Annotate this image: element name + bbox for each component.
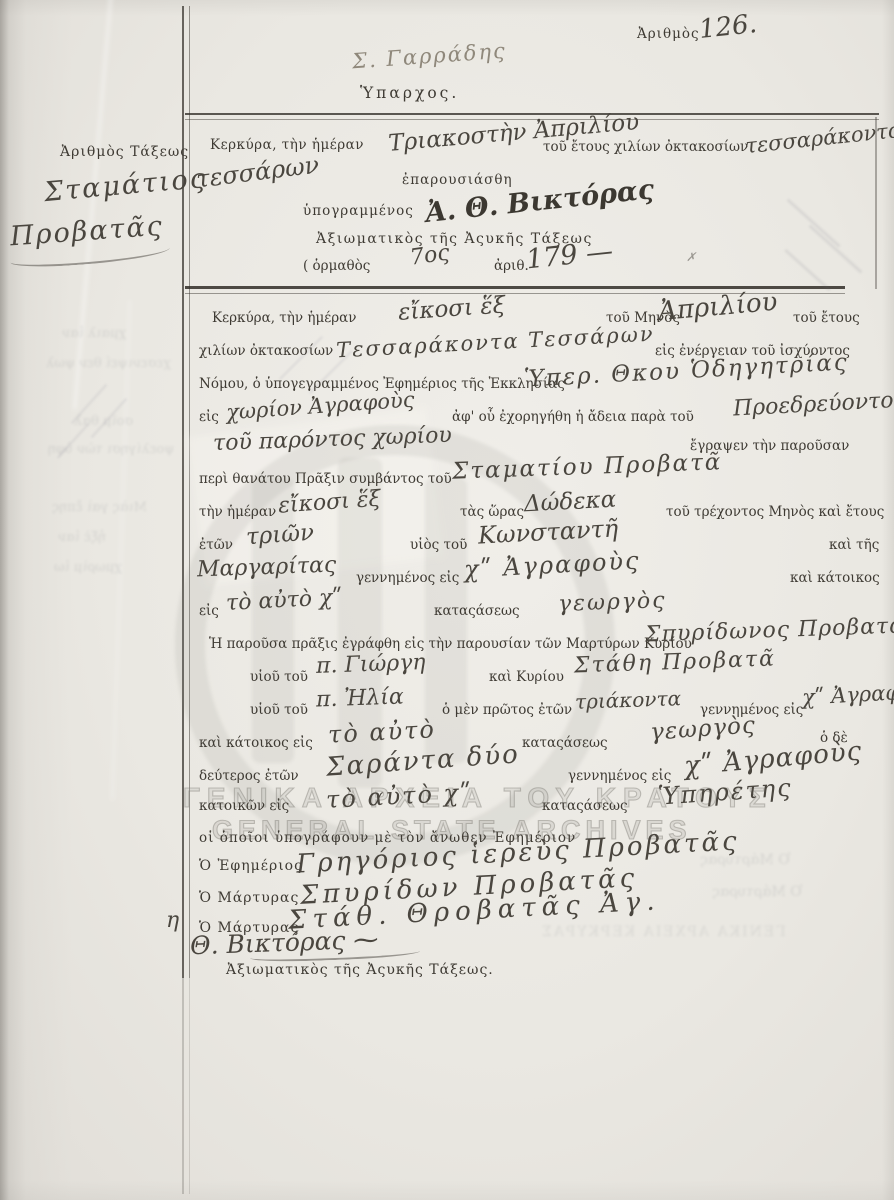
act-handwriting: Τεσσαράκοντα Τεσσάρων <box>336 322 655 363</box>
reg-batch-value: 7ος <box>408 240 451 270</box>
bleedthrough-text: Μιὰς γαὶ ἔπης <box>52 500 147 515</box>
act-line: καὶ τῆς <box>829 537 879 553</box>
reg-batch-label: ( ὁρμαθὸς <box>303 258 370 274</box>
bleedthrough-text: Ὁ Μάρτυρας <box>712 884 802 900</box>
officer-title-bottom: Ἀξιωματικὸς τῆς Ἀςυκῆς Τάξεως. <box>226 962 494 978</box>
act-handwriting: τριῶν <box>245 520 315 551</box>
act-line: καὶ Κυρίου <box>489 669 564 685</box>
bleedthrough-stroke <box>786 198 840 247</box>
act-handwriting: εἴκοσι ἕξ <box>397 292 506 325</box>
act-line: ἀφ' οὗ ἐχορηγήθη ἡ ἄδεια παρὰ τοῦ <box>452 409 694 425</box>
order-number-label: Ἀριθμὸς Τάξεως <box>60 144 189 160</box>
reg-year-printed: τοῦ ἔτους χιλίων ὀκτακοσίων <box>543 139 748 155</box>
act-line: τοῦ ἔτους <box>793 310 860 326</box>
act-handwriting: Ὑπηρέτης <box>657 773 793 810</box>
reg-year-handwritten-2: τεσσάρων <box>195 151 321 194</box>
record-number-value: 126. <box>698 9 759 45</box>
act-line: καταςάσεως <box>542 798 628 814</box>
act-handwriting: π. Γιώργη <box>316 650 426 679</box>
act-line: υἱοῦ τοῦ <box>250 702 308 718</box>
act-handwriting: Κωνσταντῆ <box>477 514 618 549</box>
act-line: τὴν ἡμέραν <box>199 504 276 520</box>
act-line: τοῦ τρέχοντος Μηνὸς καὶ ἔτους <box>666 504 884 520</box>
pencil-name-note: Σ. Γαρράδης <box>351 39 507 74</box>
act-line: γεννημένος εἰς <box>356 570 459 586</box>
reg-number-label: ἀριθ. <box>494 258 529 274</box>
bleedthrough-text: ΓΕΝΙΚΑ ΑΡΧΕΙΑ ΚΕΡΚΥΡΑΣ <box>540 924 786 940</box>
officer-paraph: η <box>166 908 179 933</box>
act-handwriting: τὸ αὐτὸ <box>327 715 436 749</box>
act-handwriting: γεωργὸς <box>649 712 756 745</box>
witness1-signature-label: Ὁ Μάρτυρας <box>199 890 299 906</box>
act-line: υἱὸς τοῦ <box>410 537 467 553</box>
act-line: καὶ κάτοικος <box>790 570 880 586</box>
act-handwriting: Προεδρεύοντος <box>732 387 894 421</box>
act-line: καταςάσεως <box>522 735 608 751</box>
death-record-scan-page: ΓΕΝΙΚΑ ΑΡΧΕΙΑ ΤΟΥ ΚΡΑΤΟΥΣ GENERAL STATE … <box>0 0 894 1200</box>
act-handwriting: τριάκοντα <box>575 686 682 714</box>
act-handwriting: γεωργὸς <box>558 588 667 617</box>
act-handwriting: Μαργαρίτας <box>197 553 337 583</box>
act-line: καὶ κάτοικος εἰς <box>199 735 313 751</box>
act-line: καταςάσεως <box>434 603 520 619</box>
act-line: χιλίων ὀκτακοσίων <box>199 343 333 359</box>
bleedthrough-text: χεσενιψεί θεν ψωλ <box>46 356 171 371</box>
office-title: Ὑπαρχος. <box>360 84 459 102</box>
bleedthrough-text: ἠξὲ ἱαν <box>58 530 106 545</box>
act-line: εἰς <box>199 409 219 425</box>
act-handwriting-witness1-name: Σπυρίδωνος Προβατᾶ <box>645 613 894 647</box>
act-line: υἱοῦ τοῦ <box>250 669 308 685</box>
act-line: περὶ θανάτου Πρᾶξιν συμβάντος τοῦ <box>199 471 452 487</box>
act-line: ὁ μὲν πρῶτος ἐτῶν <box>442 702 572 718</box>
vertical-rule-main-lower <box>182 978 190 1194</box>
act-line: δεύτερος ἐτῶν <box>199 768 299 784</box>
reg-city-day: Κερκύρα, τὴν ἡμέραν <box>210 137 364 153</box>
act-line: γεννημένος εἰς <box>568 768 671 784</box>
bleedthrough-stroke <box>784 249 831 291</box>
bleedthrough-text: χμωρὶμ ἱω <box>54 560 122 575</box>
act-handwriting: Δώδεκα <box>523 487 616 518</box>
bleedthrough-stroke <box>808 224 862 273</box>
act-handwriting: π. Ἠλία <box>316 684 405 712</box>
reg-presented: ἐπαρουσιάσθη <box>402 172 513 188</box>
act-handwriting: χʺ Ἀγραφοὺς <box>801 678 894 709</box>
reg-undersigned: ὑπογραμμένος <box>303 203 414 219</box>
reg-year-handwritten-1: τεσσαράκοντα <box>744 118 894 158</box>
act-line: εἰς <box>199 603 219 619</box>
record-number-label: Ἀριθμὸς <box>637 26 700 42</box>
act-line: τὰς ὥρας <box>460 504 524 520</box>
priest-signature-label: Ὁ Ἐφημέριος <box>199 858 303 874</box>
act-line: Ἡ παροῦσα πρᾶξις ἐγράφθη εἰς τὴν παρουσί… <box>209 636 692 652</box>
act-line: ἐτῶν <box>199 537 233 553</box>
reg-check-mark: ✗ <box>686 250 696 264</box>
act-line: κατοικῶν εἰς <box>199 798 289 814</box>
bleedthrough-text: χμαιλ ἱαν <box>62 326 126 341</box>
paper-crease-2 <box>111 300 130 800</box>
act-line: Κερκύρα, τὴν ἡμέραν <box>212 310 356 326</box>
